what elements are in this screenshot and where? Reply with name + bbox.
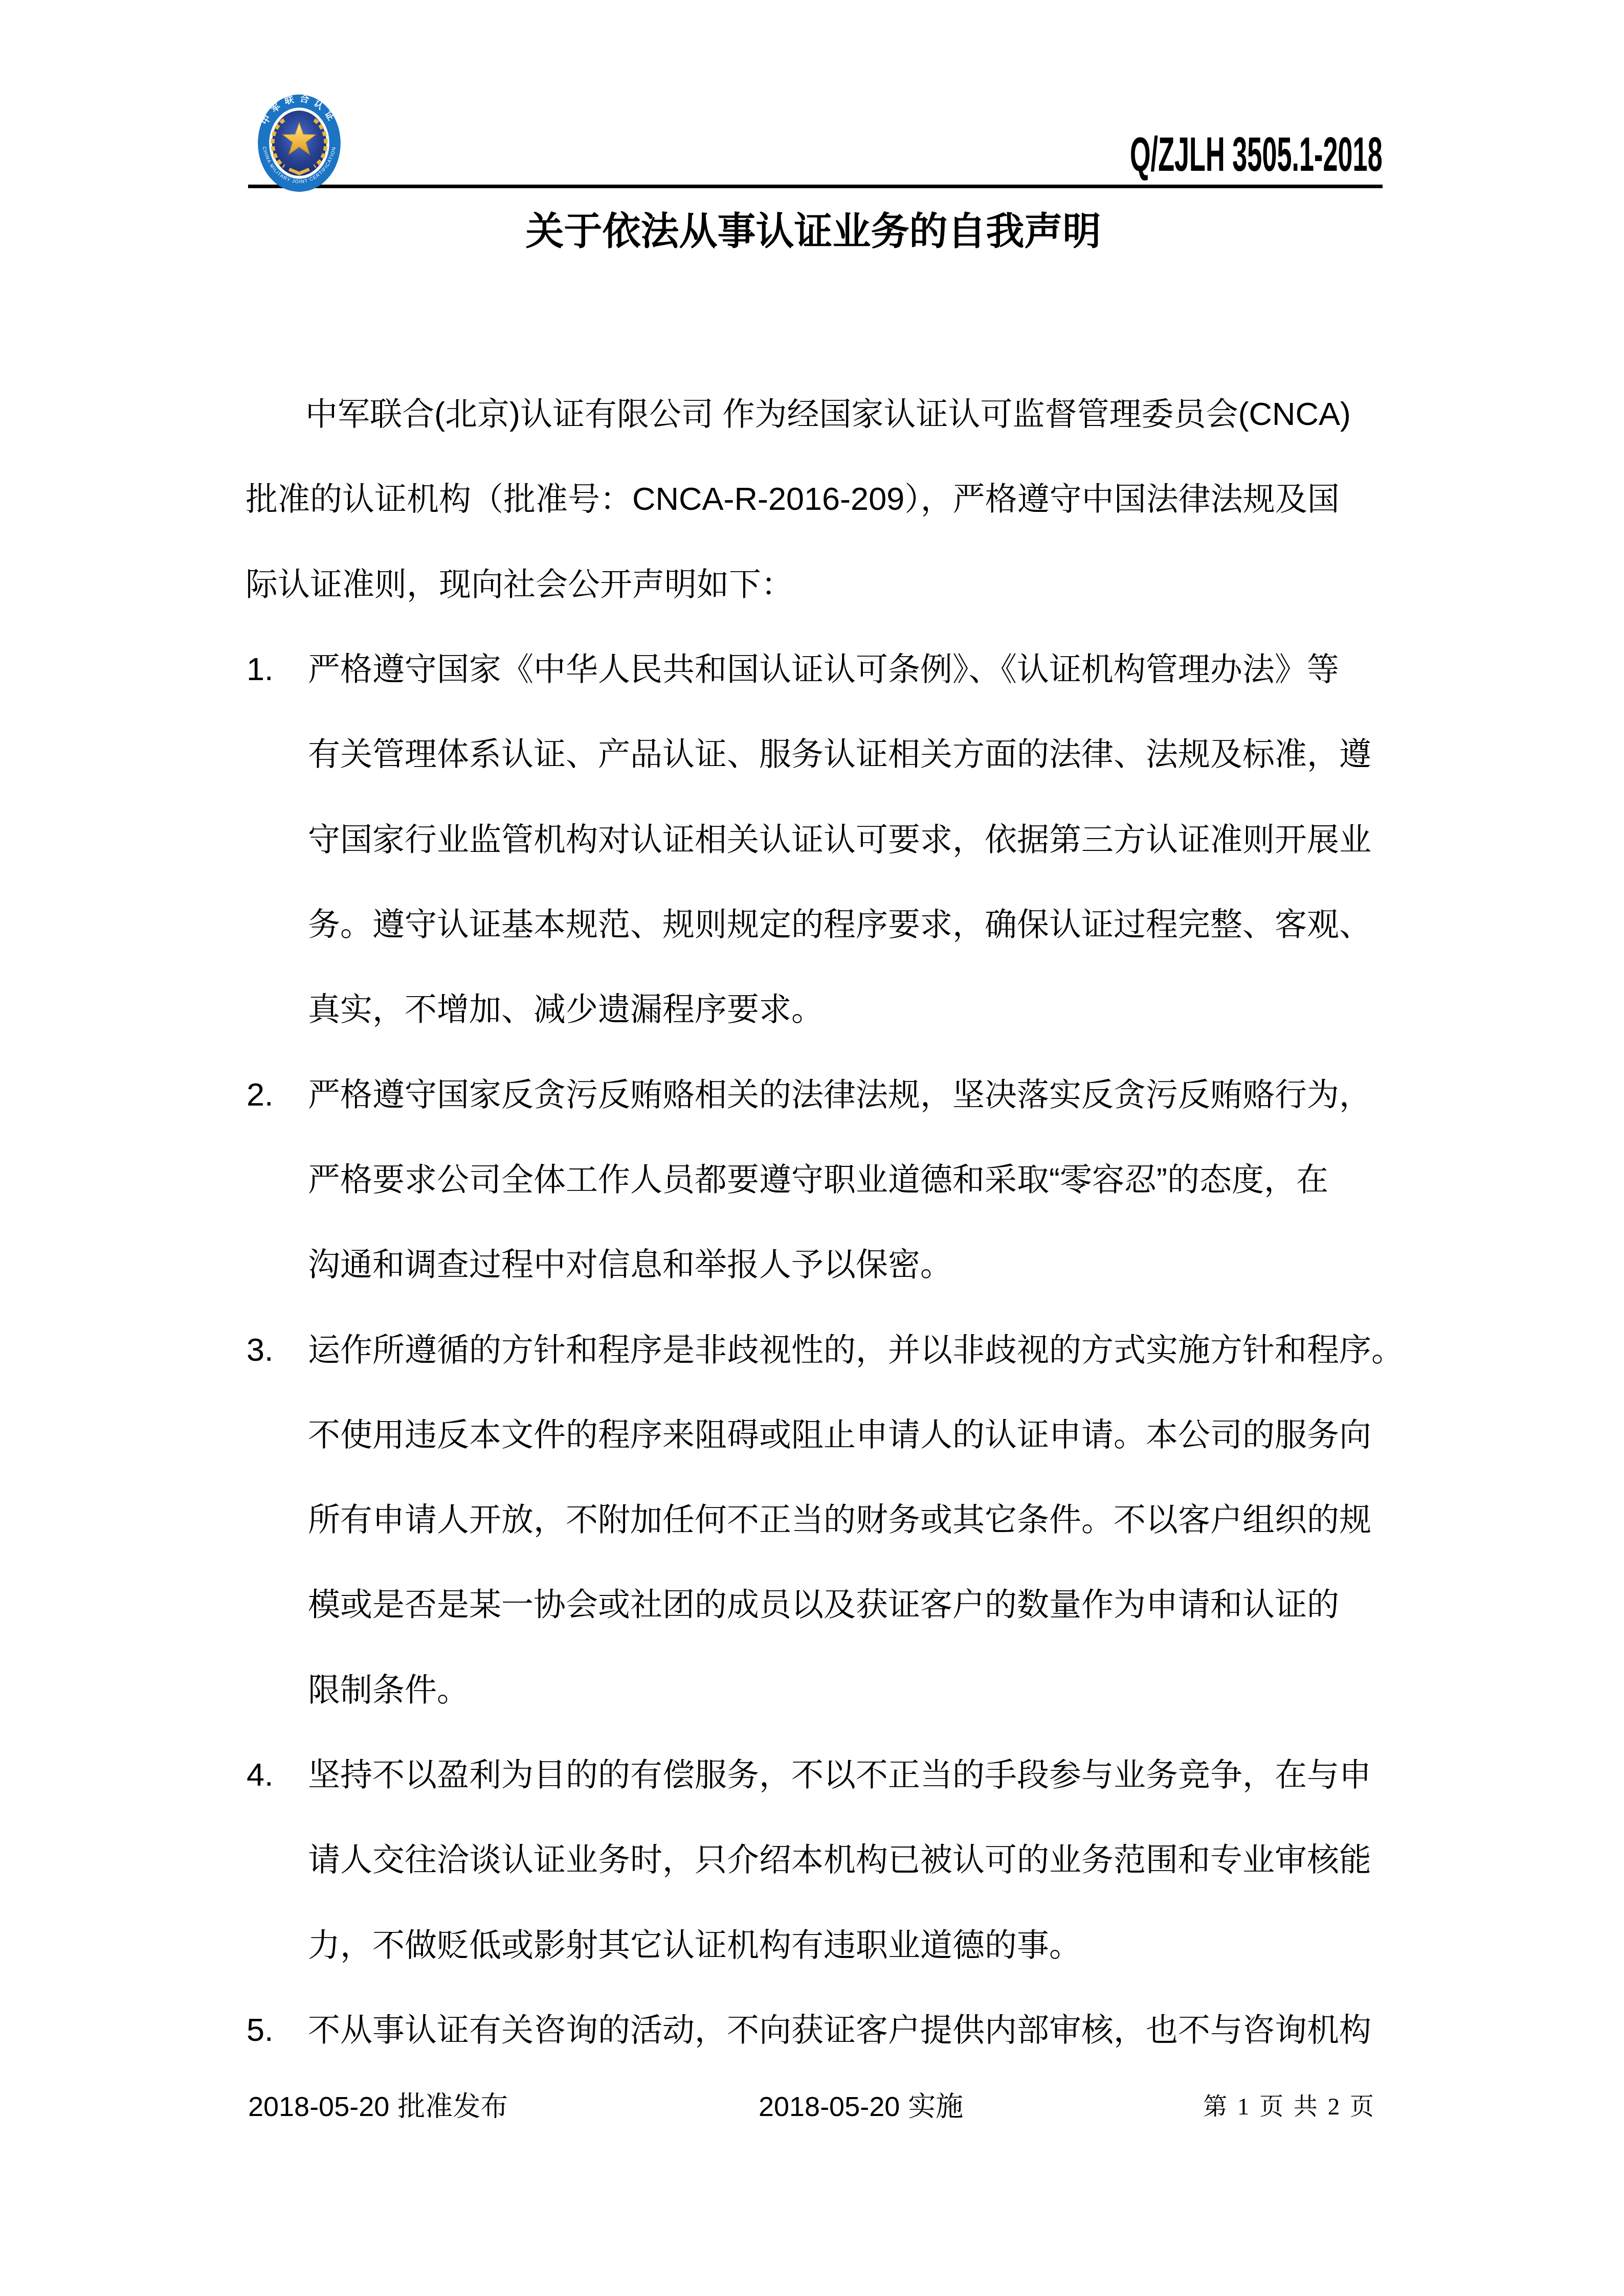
footer-page-number: 第 1 页 共 2 页 bbox=[1203, 2088, 1376, 2126]
line-text: 不从事认证有关咨询的活动，不向获证客户提供内部审核，也不与咨询机构 bbox=[308, 1988, 1371, 2073]
list-item-line: 5.不从事认证有关咨询的活动，不向获证客户提供内部审核，也不与咨询机构 bbox=[246, 1988, 1381, 2073]
paragraph-line: 力，不做贬低或影射其它认证机构有违职业道德的事。 bbox=[246, 1903, 1381, 1988]
footer-approval-label: 批准发布 bbox=[397, 2091, 508, 2122]
list-item-line: 1.严格遵守国家《中华人民共和国认证认可条例》、《认证机构管理办法》等 bbox=[246, 627, 1381, 712]
paragraph-line: 所有申请人开放，不附加任何不正当的财务或其它条件。不以客户组织的规 bbox=[246, 1477, 1381, 1563]
doc-number: Q/ZJLH 3505.1-2018 bbox=[1130, 128, 1383, 182]
list-number: 2. bbox=[247, 1052, 274, 1138]
line-text: 不使用违反本文件的程序来阻碍或阻止申请人的认证申请。本公司的服务向 bbox=[308, 1392, 1371, 1478]
line-text: 务。遵守认证基本规范、规则规定的程序要求，确保认证过程完整、客观、 bbox=[308, 882, 1371, 967]
footer-approval: 2018-05-20批准发布 bbox=[248, 2088, 508, 2126]
line-text: 限制条件。 bbox=[308, 1648, 469, 1733]
paragraph-line: 请人交往洽谈认证业务时，只介绍本机构已被认可的业务范围和专业审核能 bbox=[246, 1817, 1381, 1903]
line-text: 有关管理体系认证、产品认证、服务认证相关方面的法律、法规及标准，遵 bbox=[308, 712, 1371, 797]
footer-implementation: 2018-05-20实施 bbox=[759, 2088, 963, 2126]
document-page: 中军联合认证 CHINA MILITARY JOINT CERTIFICATIO… bbox=[0, 0, 1624, 2296]
line-text: 严格要求公司全体工作人员都要遵守职业道德和采取“零容忍”的态度，在 bbox=[308, 1137, 1328, 1223]
list-item-line: 2.严格遵守国家反贪污反贿赂相关的法律法规，坚决落实反贪污反贿赂行为， bbox=[246, 1052, 1381, 1138]
header-rule bbox=[248, 185, 1383, 188]
paragraph-line: 模或是否是某一协会或社团的成员以及获证客户的数量作为申请和认证的 bbox=[246, 1562, 1381, 1648]
paragraph-line: 批准的认证机构（批准号：CNCA-R-2016-209），严格遵守中国法律法规及… bbox=[246, 457, 1381, 542]
line-text: 真实，不增加、减少遗漏程序要求。 bbox=[308, 967, 824, 1052]
paragraph-line: 沟通和调查过程中对信息和举报人予以保密。 bbox=[246, 1222, 1381, 1308]
line-text: 中军联合(北京)认证有限公司 作为经国家认证认可监督管理委员会(CNCA) bbox=[305, 372, 1351, 457]
list-item-line: 4.坚持不以盈利为目的的有偿服务，不以不正当的手段参与业务竞争，在与申 bbox=[246, 1732, 1381, 1818]
paragraph-line: 务。遵守认证基本规范、规则规定的程序要求，确保认证过程完整、客观、 bbox=[246, 882, 1381, 967]
line-text: 严格遵守国家《中华人民共和国认证认可条例》、《认证机构管理办法》等 bbox=[308, 627, 1339, 712]
paragraph-line: 有关管理体系认证、产品认证、服务认证相关方面的法律、法规及标准，遵 bbox=[246, 712, 1381, 797]
paragraph-line: 不使用违反本文件的程序来阻碍或阻止申请人的认证申请。本公司的服务向 bbox=[246, 1392, 1381, 1478]
line-text: 坚持不以盈利为目的的有偿服务，不以不正当的手段参与业务竞争，在与申 bbox=[308, 1732, 1371, 1818]
list-number: 1. bbox=[247, 627, 274, 712]
list-number: 3. bbox=[247, 1308, 274, 1393]
paragraph-line: 严格要求公司全体工作人员都要遵守职业道德和采取“零容忍”的态度，在 bbox=[246, 1137, 1381, 1223]
list-item-line: 3.运作所遵循的方针和程序是非歧视性的，并以非歧视的方式实施方针和程序。 bbox=[246, 1308, 1381, 1393]
line-text: 沟通和调查过程中对信息和举报人予以保密。 bbox=[308, 1222, 952, 1308]
paragraph-line: 限制条件。 bbox=[246, 1648, 1381, 1733]
paragraph-line: 中军联合(北京)认证有限公司 作为经国家认证认可监督管理委员会(CNCA) bbox=[246, 372, 1381, 457]
line-text: 守国家行业监管机构对认证相关认证认可要求，依据第三方认证准则开展业 bbox=[308, 797, 1371, 883]
paragraph-line: 守国家行业监管机构对认证相关认证认可要求，依据第三方认证准则开展业 bbox=[246, 797, 1381, 883]
line-text: 际认证准则，现向社会公开声明如下： bbox=[246, 567, 793, 602]
page-title: 关于依法从事认证业务的自我声明 bbox=[246, 202, 1381, 260]
paragraph-line: 真实，不增加、减少遗漏程序要求。 bbox=[246, 967, 1381, 1052]
company-seal-logo: 中军联合认证 CHINA MILITARY JOINT CERTIFICATIO… bbox=[257, 94, 341, 192]
footer-implementation-date: 2018-05-20 bbox=[759, 2091, 900, 2122]
line-text: 运作所遵循的方针和程序是非歧视性的，并以非歧视的方式实施方针和程序。 bbox=[308, 1308, 1404, 1393]
footer-implementation-label: 实施 bbox=[908, 2091, 963, 2122]
line-text: 所有申请人开放，不附加任何不正当的财务或其它条件。不以客户组织的规 bbox=[308, 1477, 1371, 1563]
line-text: 请人交往洽谈认证业务时，只介绍本机构已被认可的业务范围和专业审核能 bbox=[308, 1817, 1371, 1903]
line-text: 力，不做贬低或影射其它认证机构有违职业道德的事。 bbox=[308, 1903, 1081, 1988]
line-text: 批准的认证机构（批准号：CNCA-R-2016-209），严格遵守中国法律法规及… bbox=[246, 481, 1340, 517]
line-text: 严格遵守国家反贪污反贿赂相关的法律法规，坚决落实反贪污反贿赂行为， bbox=[308, 1052, 1371, 1138]
list-number: 4. bbox=[247, 1732, 274, 1818]
line-text: 模或是否是某一协会或社团的成员以及获证客户的数量作为申请和认证的 bbox=[308, 1562, 1339, 1648]
paragraph-line: 际认证准则，现向社会公开声明如下： bbox=[246, 542, 1381, 627]
list-number: 5. bbox=[247, 1988, 274, 2073]
footer-approval-date: 2018-05-20 bbox=[248, 2091, 389, 2122]
